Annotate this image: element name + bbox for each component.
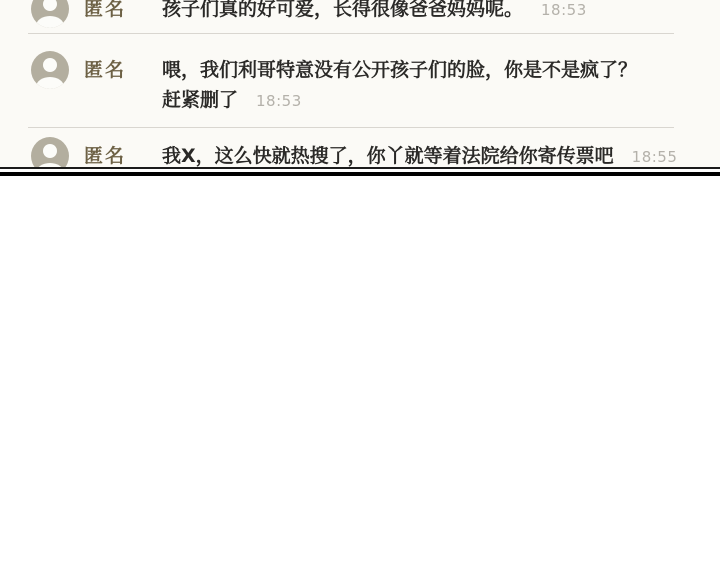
divider xyxy=(28,33,674,34)
comment-row[interactable]: 匿名 喂，我们利哥特意没有公开孩子们的脸，你是不是疯了？ 赶紧删了18:53 xyxy=(0,51,720,116)
comment-panel: 匿名 孩子们真的好可爱，长得很像爸爸妈妈呢。18:53 匿名 喂，我们利哥特意没… xyxy=(0,0,720,169)
empty-space xyxy=(0,176,720,561)
username: 匿名 xyxy=(84,0,142,28)
anonymous-user-icon xyxy=(43,58,57,72)
avatar xyxy=(31,51,69,89)
page: 匿名 孩子们真的好可爱，长得很像爸爸妈妈呢。18:53 匿名 喂，我们利哥特意没… xyxy=(0,0,720,563)
comment-text: 孩子们真的好可爱，长得很像爸爸妈妈呢。 xyxy=(162,0,523,20)
comment-row[interactable]: 匿名 孩子们真的好可爱，长得很像爸爸妈妈呢。18:53 xyxy=(0,0,720,28)
username: 匿名 xyxy=(84,51,142,89)
anonymous-user-icon-body xyxy=(36,77,64,89)
avatar xyxy=(31,0,69,28)
anonymous-user-icon-body xyxy=(36,16,64,28)
avatar xyxy=(31,137,69,169)
username: 匿名 xyxy=(84,137,142,169)
divider xyxy=(28,127,674,128)
timestamp: 18:53 xyxy=(541,0,587,25)
anonymous-user-icon xyxy=(43,144,57,158)
anonymous-user-icon-body xyxy=(36,163,64,169)
comment-row[interactable]: 匿名 我X，这么快就热搜了，你丫就等着法院给你寄传票吧18:55 xyxy=(0,137,720,169)
timestamp: 18:55 xyxy=(632,142,678,169)
comment-text: 我X，这么快就热搜了，你丫就等着法院给你寄传票吧 xyxy=(162,145,614,167)
comment-text: 喂，我们利哥特意没有公开孩子们的脸，你是不是疯了？ 赶紧删了 xyxy=(162,59,637,111)
timestamp: 18:53 xyxy=(256,86,302,116)
anonymous-user-icon xyxy=(43,0,57,11)
